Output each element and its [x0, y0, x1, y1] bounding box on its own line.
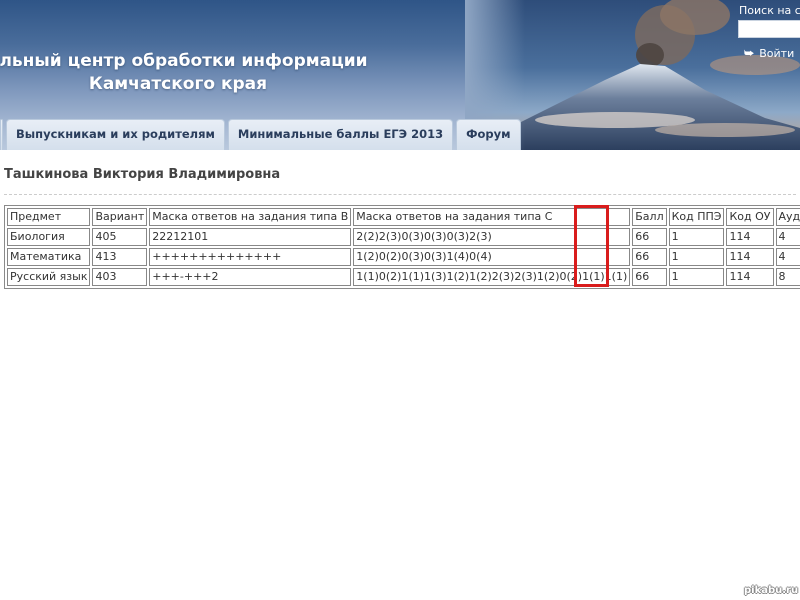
- cell-mask-b: +++-+++2: [149, 268, 351, 286]
- cell-school-code: 114: [726, 228, 773, 246]
- search-label: Поиск на са: [739, 4, 800, 17]
- col-mask-c: Маска ответов на задания типа C: [353, 208, 630, 226]
- cell-mask-b: 22212101: [149, 228, 351, 246]
- login-label: Войти: [759, 47, 794, 60]
- tab-previous-partial[interactable]: [0, 119, 3, 150]
- cell-variant: 413: [92, 248, 147, 266]
- student-name: Ташкинова Виктория Владимировна: [4, 167, 280, 182]
- exam-results-table: Предмет Вариант Маска ответов на задания…: [4, 205, 800, 289]
- cell-ppe-code: 1: [669, 228, 725, 246]
- cell-mask-c: 1(2)0(2)0(3)0(3)1(4)0(4): [353, 248, 630, 266]
- cell-mask-b: ++++++++++++++: [149, 248, 351, 266]
- col-variant: Вариант: [92, 208, 147, 226]
- cell-mask-c: 1(1)0(2)1(1)1(3)1(2)1(2)2(3)2(3)1(2)0(2)…: [353, 268, 630, 286]
- cell-school-code: 114: [726, 248, 773, 266]
- tab-forum[interactable]: Форум: [456, 119, 520, 150]
- col-room: Аудитория: [776, 208, 800, 226]
- cell-ppe-code: 1: [669, 248, 725, 266]
- cell-room: 4: [776, 248, 800, 266]
- login-icon: ⮩: [744, 47, 754, 61]
- site-title: альный центр обработки информации Камчат…: [0, 50, 368, 96]
- login-link[interactable]: ⮩Войти: [744, 47, 794, 61]
- col-score: Балл: [632, 208, 666, 226]
- cell-score: 66: [632, 268, 666, 286]
- col-mask-b: Маска ответов на задания типа B: [149, 208, 351, 226]
- cell-subject: Русский язык: [7, 268, 90, 286]
- cell-subject: Биология: [7, 228, 90, 246]
- search-input[interactable]: [738, 20, 800, 38]
- cell-variant: 405: [92, 228, 147, 246]
- tab-graduates-and-parents[interactable]: Выпускникам и их родителям: [6, 119, 225, 150]
- watermark: pikabu.ru: [744, 585, 798, 596]
- cell-score: 66: [632, 248, 666, 266]
- table-row: Русский язык 403 +++-+++2 1(1)0(2)1(1)1(…: [7, 268, 800, 286]
- table-row: Математика 413 ++++++++++++++ 1(2)0(2)0(…: [7, 248, 800, 266]
- col-subject: Предмет: [7, 208, 90, 226]
- table-header-row: Предмет Вариант Маска ответов на задания…: [7, 208, 800, 226]
- cell-room: 4: [776, 228, 800, 246]
- cell-score: 66: [632, 228, 666, 246]
- cell-mask-c: 2(2)2(3)0(3)0(3)0(3)2(3): [353, 228, 630, 246]
- cell-subject: Математика: [7, 248, 90, 266]
- main-nav-tabs: Выпускникам и их родителям Минимальные б…: [0, 119, 524, 150]
- table-row: Биология 405 22212101 2(2)2(3)0(3)0(3)0(…: [7, 228, 800, 246]
- divider: [4, 194, 796, 195]
- site-header: альный центр обработки информации Камчат…: [0, 0, 800, 150]
- site-title-line2: Камчатского края: [0, 73, 368, 96]
- site-title-line1: альный центр обработки информации: [0, 50, 368, 73]
- col-school-code: Код ОУ: [726, 208, 773, 226]
- tab-minimum-scores-2013[interactable]: Минимальные баллы ЕГЭ 2013: [228, 119, 453, 150]
- cell-ppe-code: 1: [669, 268, 725, 286]
- cell-variant: 403: [92, 268, 147, 286]
- cell-school-code: 114: [726, 268, 773, 286]
- cell-room: 8: [776, 268, 800, 286]
- col-ppe-code: Код ППЭ: [669, 208, 725, 226]
